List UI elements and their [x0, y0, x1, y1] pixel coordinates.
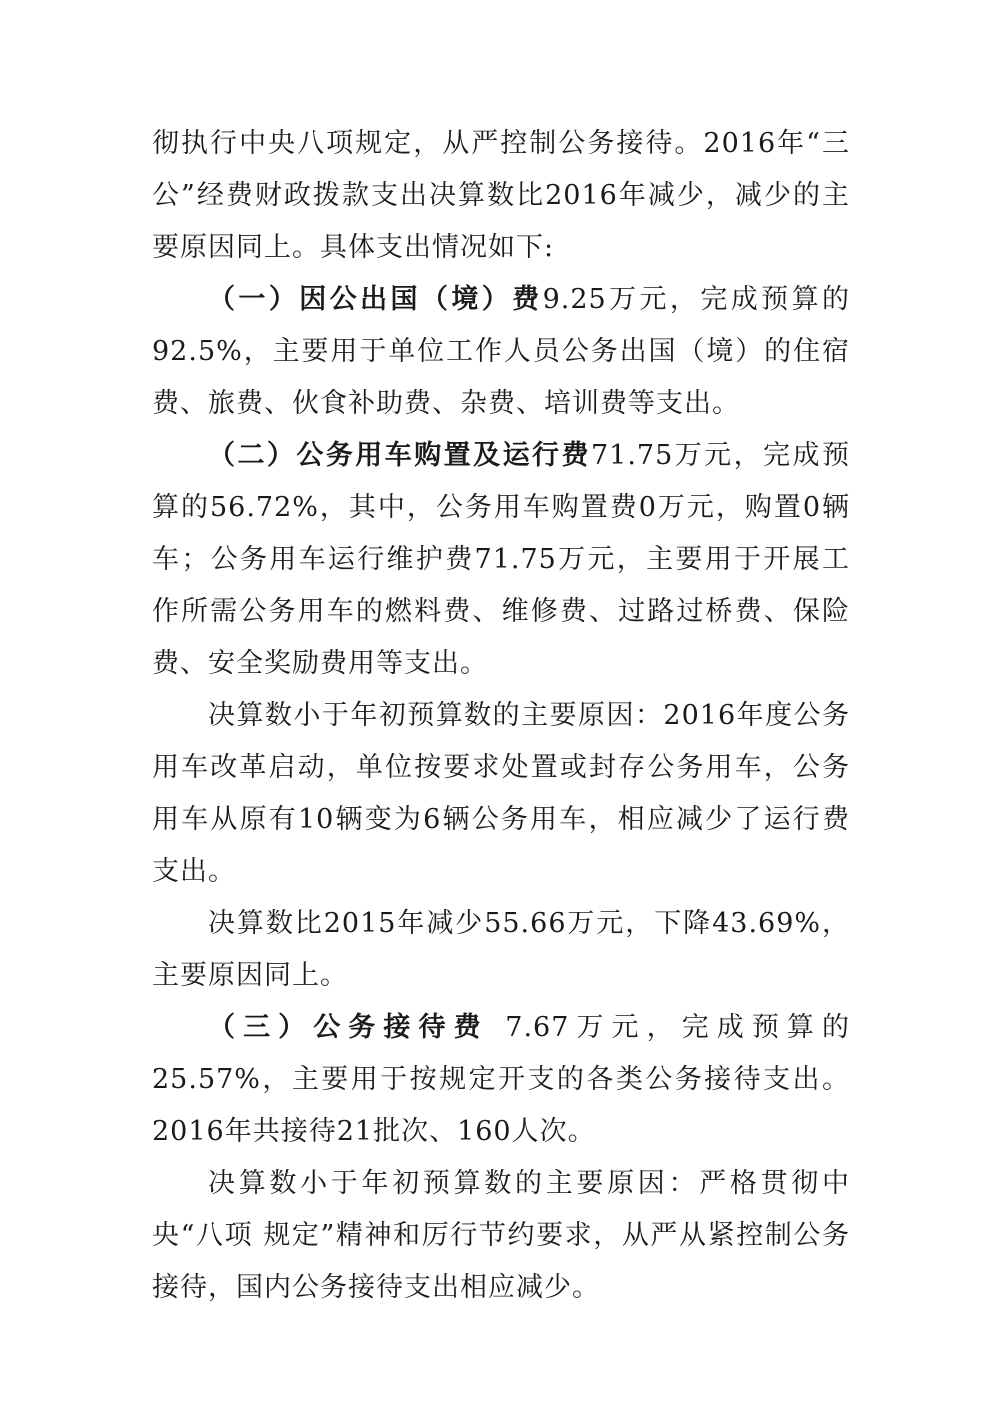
document-page: 彻执行中央八项规定，从严控制公务接待。2016年“三公”经费财政拨款支出决算数比…: [152, 118, 850, 1314]
paragraph-body: 71.75万元，完成预算的56.72%，其中，公务用车购置费0万元，购置0辆车；…: [152, 440, 850, 679]
paragraph-vehicle-costs: （二）公务用车购置及运行费71.75万元，完成预算的56.72%，其中，公务用车…: [152, 430, 850, 690]
paragraph-overseas-travel: （一）因公出国（境）费9.25万元，完成预算的92.5%，主要用于单位工作人员公…: [152, 274, 850, 430]
section-heading-overseas-travel: （一）因公出国（境）费: [208, 284, 543, 315]
paragraph-intro-continuation: 彻执行中央八项规定，从严控制公务接待。2016年“三公”经费财政拨款支出决算数比…: [152, 118, 850, 274]
section-heading-reception-costs: （三）公务接待费: [208, 1012, 489, 1043]
section-heading-vehicle-costs: （二）公务用车购置及运行费: [208, 440, 591, 471]
paragraph-vehicle-reason: 决算数小于年初预算数的主要原因：2016年度公务用车改革启动，单位按要求处置或封…: [152, 690, 850, 898]
paragraph-vehicle-yoy: 决算数比2015年减少55.66万元，下降43.69%，主要原因同上。: [152, 898, 850, 1002]
paragraph-reception-costs: （三）公务接待费 7.67万元，完成预算的25.57%，主要用于按规定开支的各类…: [152, 1002, 850, 1158]
paragraph-reception-reason: 决算数小于年初预算数的主要原因：严格贯彻中央“八项 规定”精神和厉行节约要求，从…: [152, 1158, 850, 1314]
